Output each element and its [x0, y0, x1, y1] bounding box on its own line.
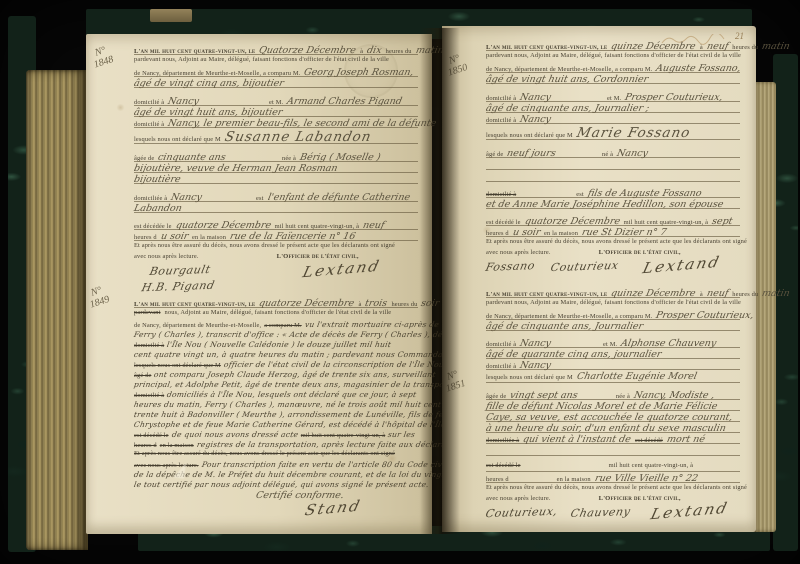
printed-text: domicilié à	[486, 95, 516, 102]
blank-space	[555, 253, 595, 254]
handwritten-text: cent quatre vingt un, à quatre heures du…	[133, 350, 454, 359]
handwritten-text: Nancy	[519, 114, 552, 125]
blank-space	[134, 273, 146, 274]
blank-space	[539, 269, 547, 270]
printed-text: domicilié à	[134, 99, 164, 106]
handwritten-text: rue de la Faïencerie n° 16	[229, 231, 357, 242]
handwritten-text: Prosper Couturieux,	[624, 92, 724, 103]
printed-text: et M.	[603, 341, 617, 348]
handwritten-text: âgé de vingt huit ans, bijoutier	[133, 107, 284, 118]
handwritten-text: Armand Charles Pigand	[286, 96, 403, 107]
handwritten-text: Alphonse Chauveny	[620, 338, 717, 349]
form-line: lesquels nous ont déclaré que MSusanne L…	[134, 129, 418, 145]
handwritten-text: domiciliés à l'Île Nou, lesquels ont déc…	[166, 390, 417, 399]
printed-text: L'Officier de l'état civil,	[599, 249, 681, 256]
form-line: heures den la maisonregistres de la tran…	[134, 440, 418, 450]
form-line	[486, 85, 740, 92]
blank-space	[520, 195, 572, 196]
blank-space	[230, 159, 278, 160]
page-edges-right	[753, 82, 776, 532]
form-line: pardevantnous, Adjoint au Maire, délégué…	[134, 309, 418, 320]
signature: Couturieux,	[484, 505, 559, 520]
printed-text: heures du	[732, 291, 758, 298]
printed-text: mil huit cent quatre-vingt-un, à	[624, 219, 708, 226]
form-line: principal, et Adolphe Petit, âgé de tren…	[134, 380, 418, 390]
blank-space	[134, 512, 302, 513]
printed-text: âgée de	[134, 155, 154, 162]
handwritten-text: soir	[420, 298, 441, 309]
signature: Stand	[303, 497, 363, 520]
form-line: est décédée lequatorze Décembremil huit …	[134, 220, 418, 231]
form-line: Caye, sa veuve, est accouchée le quatorz…	[486, 412, 740, 423]
printed-text: domicilié à	[134, 121, 164, 128]
handwritten-text: l'Île Nou ( Nouvelle Calédonie ) le douz…	[166, 340, 392, 349]
left-page-content: L'an mil huit cent quatre-vingt-un, leQu…	[86, 34, 432, 534]
handwritten-text: sept	[711, 216, 734, 227]
handwritten-text: quinze Décembre	[610, 41, 697, 52]
handwritten-text: l'enfant de défunte Catherine	[266, 192, 410, 203]
blank-space	[134, 289, 138, 290]
death-record-entry-1849: L'an mil huit cent quatre-vingt-un, lequ…	[134, 298, 418, 517]
handwritten-text: Nancy	[519, 92, 552, 103]
signature: Chauveny	[570, 505, 632, 520]
handwritten-text: vingt sept ans	[509, 390, 579, 401]
form-line	[134, 145, 418, 152]
printed-text: à	[700, 291, 703, 298]
form-line: Ferry ( Charles ), transcrit d'office : …	[134, 330, 418, 340]
form-line: âgé deont comparu Joseph Claude Herzog, …	[134, 370, 418, 380]
form-line: heures du soiren la maisonrue de la Faïe…	[134, 231, 418, 242]
form-line: fille de défunt Nicolas Morel et de Mari…	[486, 401, 740, 412]
right-page-content: L'an mil huit cent quatre-vingt-un, lequ…	[442, 26, 756, 532]
form-line: est décédé lede quoi nous avons dressé a…	[134, 430, 418, 440]
form-line: Labandon	[134, 203, 418, 214]
printed-text: Et après nous être assuré du décès, nous…	[486, 484, 747, 491]
printed-text: et M.	[269, 99, 283, 106]
printed-text: née à	[616, 393, 630, 400]
form-line: domiciliée àqui vient à l'instant deest …	[486, 434, 740, 445]
form-line: âgé de vingt huit ans, bijoutier	[134, 107, 418, 118]
signature: Fossano	[484, 259, 536, 274]
page-edges-left	[26, 70, 88, 550]
handwritten-text: u soir	[512, 227, 542, 238]
printed-text: lesquels nous ont déclaré que M	[134, 136, 221, 143]
form-line	[134, 185, 418, 192]
printed-text: Et après nous être assuré du décès, nous…	[486, 238, 747, 245]
form-line: de Nancy, département de Meurthe-et-Mose…	[486, 63, 740, 74]
printed-text: en la maison	[192, 234, 226, 241]
form-line: est décédé lemil huit cent quatre-vingt-…	[486, 462, 740, 473]
handwritten-text: Nancy	[519, 360, 552, 371]
form-line: BourgaultLextand	[134, 264, 418, 280]
form-line: à une heure du soir, d'un enfant du sexe…	[486, 423, 740, 434]
handwritten-text: Nancy, le premier beau-fils, le second a…	[167, 118, 438, 129]
handwritten-text: âgé de vingt huit ans, Cordonnier	[485, 74, 649, 85]
blank-space	[560, 155, 598, 156]
blank-space	[582, 397, 612, 398]
form-line: Et après nous être assuré du décès, nous…	[486, 484, 740, 495]
printed-text: pardevant	[134, 309, 161, 316]
register-scan-photo: N° 1848 N° 1849 L'an mil huit cent quatr…	[0, 0, 800, 564]
book-spine-edge	[150, 9, 192, 22]
handwritten-text: fille de défunt Nicolas Morel et de Mari…	[485, 401, 719, 412]
form-line: L'an mil huit cent quatre-vingt-un, lequ…	[134, 298, 418, 309]
printed-text: avec nous après lecture.	[134, 253, 199, 260]
form-line: cent quatre vingt un, à quatre heures du…	[134, 350, 418, 360]
printed-text: en la maison	[557, 476, 591, 483]
form-line: domicilié àl'Île Nou ( Nouvelle Calédoni…	[134, 340, 418, 350]
form-line: domicilié àNancy	[486, 114, 740, 125]
form-line: pardevant nous, Adjoint au Maire, délégu…	[486, 52, 740, 63]
handwritten-text: officier de l'état civil de la circonscr…	[223, 360, 447, 369]
printed-text: L'an mil huit cent quatre-vingt-un, le	[486, 44, 607, 51]
form-line: bijoutière	[134, 174, 418, 185]
form-line: Certifié conforme.	[134, 490, 418, 503]
handwritten-text: quatorze Décembre	[174, 220, 271, 231]
handwritten-text: rue Ville Vieille n° 22	[594, 473, 699, 484]
printed-text: domicilié à	[486, 191, 516, 198]
printed-text: de Nancy, département de Meurthe-et-Mose…	[134, 70, 300, 77]
handwritten-text: Prosper Couturieux,	[655, 310, 755, 321]
form-line: de Nancy, département de Meurthe-et-Mose…	[134, 320, 418, 330]
handwritten-text: mort né	[666, 434, 706, 445]
printed-text: à	[360, 48, 363, 55]
form-line: lesquels nous ont déclaré que Mofficier …	[134, 360, 418, 370]
printed-text: âgé de	[134, 372, 151, 379]
printed-text: nous, Adjoint au Maire, délégué, faisant…	[165, 309, 392, 316]
handwritten-text: Nancy, Modiste ,	[633, 390, 716, 401]
blank-space	[513, 480, 553, 481]
form-line: FossanoCouturieuxLextand	[486, 260, 740, 278]
handwritten-text: âgé de vingt cinq ans, bijoutier	[133, 78, 285, 89]
form-line: et de Anne Marie Joséphine Hedillon, son…	[486, 199, 740, 210]
handwritten-text: Nancy	[616, 148, 649, 159]
form-line: âgée decinquante ansnée àBérig ( Moselle…	[134, 152, 418, 163]
handwritten-text: dix	[366, 45, 383, 56]
right-page: 21 N° 1850 N° 1851 L'an mil huit cent qu…	[442, 26, 756, 532]
handwritten-text: bijoutière	[133, 174, 182, 185]
printed-text: heures du	[386, 48, 412, 55]
handwritten-text: neuf	[362, 220, 386, 231]
form-line: de Nancy, département de Meurthe-et-Mose…	[134, 67, 418, 78]
printed-text: L'an mil huit cent quatre-vingt-un, le	[486, 291, 607, 298]
printed-text: est décédé le	[486, 219, 521, 226]
form-line	[486, 445, 740, 457]
handwritten-text: Georg Joseph Rosman,	[303, 67, 415, 78]
handwritten-text: fils de Auguste Fossano	[587, 188, 703, 199]
handwritten-text: Nancy	[170, 192, 203, 203]
printed-text: heures d	[134, 234, 157, 241]
blank-space	[525, 466, 605, 467]
form-line: heures den la maisonrue Ville Vieille n°…	[486, 473, 740, 484]
blank-space	[555, 99, 603, 100]
printed-text: L'an mil huit cent quatre-vingt-un, le	[134, 301, 255, 308]
printed-text: lesquels nous ont déclaré que M	[486, 132, 573, 139]
handwritten-text: Caye, sa veuve, est accouchée le quatorz…	[485, 412, 734, 423]
left-page: N° 1848 N° 1849 L'an mil huit cent quatr…	[86, 34, 432, 534]
printed-text: Et après nous être assuré du décès, nous…	[134, 450, 395, 457]
printed-text: domicilié à	[134, 392, 164, 399]
handwritten-text: ont comparu Joseph Claude Herzog, âgé de…	[154, 370, 437, 379]
handwritten-text: matin	[761, 288, 791, 299]
form-line: heures du soiren la maisonrue St Dizier …	[486, 227, 740, 238]
death-record-entry-1851: L'an mil huit cent quatre-vingt-un, lequ…	[486, 288, 740, 524]
printed-text: est décédé	[635, 437, 663, 444]
printed-text: à	[700, 44, 703, 51]
printed-text: domicilié à	[486, 341, 516, 348]
printed-text: heures d	[486, 476, 509, 483]
signature: Couturieux	[549, 259, 620, 274]
handwritten-text: Ferry ( Charles ), transcrit d'office : …	[133, 330, 470, 339]
printed-text: est décédée le	[134, 223, 172, 230]
printed-text: domicilié à	[486, 363, 516, 370]
printed-text: heures du	[391, 301, 417, 308]
form-line: de Nancy, département de Meurthe-et-Mose…	[486, 310, 740, 321]
printed-text: est décédé le	[134, 432, 169, 439]
form-line: H.B. Pigand	[134, 280, 418, 293]
handwritten-text: rue St Dizier n° 7	[581, 227, 668, 238]
form-line: Et après nous être assuré du décès, nous…	[134, 450, 418, 460]
printed-text: mil huit cent quatre-vingt-un, à	[609, 462, 693, 469]
death-record-entry-1850: L'an mil huit cent quatre-vingt-un, lequ…	[486, 41, 740, 278]
form-line	[486, 141, 740, 148]
handwritten-text: matin	[415, 45, 445, 56]
book-cover-right	[773, 54, 798, 551]
form-line: domicilié àdomiciliés à l'Île Nou, lesqu…	[134, 390, 418, 400]
handwritten-text: Chrystophe et de feue Marie Catherine Gé…	[133, 420, 471, 429]
blank-space	[555, 345, 599, 346]
form-line: âgé de cinquante ans, Journalier	[486, 321, 740, 332]
handwritten-text: neuf	[706, 288, 730, 299]
handwritten-text: et de Anne Marie Joséphine Hedillon, son…	[485, 199, 725, 210]
handwritten-text: Charlotte Eugénie Morel	[576, 371, 698, 382]
printed-text: âgé de	[486, 151, 503, 158]
form-line: trente huit à Badonviller ( Meurthe ), a…	[134, 410, 418, 420]
printed-text: a comparu M.	[264, 322, 301, 329]
form-line: âgée devingt sept ansnée àNancy, Modiste…	[486, 390, 740, 401]
form-line: âgé deneuf joursné àNancy	[486, 148, 740, 159]
form-line: domicilié àNancyet M.Armand Charles Piga…	[134, 96, 418, 107]
blank-space	[634, 515, 648, 516]
printed-text: Et après nous être assuré du décès, nous…	[134, 242, 395, 249]
form-line: Et après nous être assuré du décès, nous…	[134, 242, 418, 253]
blank-space	[203, 257, 273, 258]
handwritten-text: Bérig ( Moselle )	[299, 152, 382, 163]
handwritten-text: sur les	[387, 430, 416, 439]
blank-space	[561, 515, 567, 516]
handwritten-text: à une heure du soir, d'un enfant du sexe…	[485, 423, 727, 434]
form-line: domicilié àNancy	[486, 360, 740, 371]
form-line: est décédé lequatorze Décembremil huit c…	[486, 216, 740, 227]
form-line: âgé de vingt huit ans, Cordonnier	[486, 74, 740, 85]
printed-text: à	[358, 301, 361, 308]
form-line: domiciliée àNancyestl'enfant de défunte …	[134, 192, 418, 203]
printed-text: de Nancy, département de Meurthe-et-Mose…	[486, 66, 652, 73]
handwritten-text: bijoutière, veuve de Herman Jean Rosman	[133, 163, 339, 174]
form-line	[486, 159, 740, 171]
printed-text: né à	[602, 151, 613, 158]
form-line: heures du matin, Ferry ( Charles ), manœ…	[134, 400, 418, 410]
blank-space	[214, 273, 300, 274]
printed-text: domiciliée à	[134, 195, 167, 202]
handwritten-text: registres de la transportation, après le…	[196, 440, 469, 449]
printed-text: L'an mil huit cent quatre-vingt-un, le	[134, 48, 255, 55]
handwritten-text: trois	[364, 298, 388, 309]
printed-text: mil huit cent quatre-vingt-un, à	[275, 223, 359, 230]
handwritten-text: âgé de cinquante ans, Journalier ;	[485, 103, 650, 114]
handwritten-text: quatorze Décembre	[523, 216, 620, 227]
signature: Bourgault	[148, 263, 211, 278]
handwritten-text: Susanne Labandon	[223, 129, 373, 145]
form-line: âgé de quarante cinq ans, journalier	[486, 349, 740, 360]
printed-text: pardevant nous, Adjoint au Maire, délégu…	[134, 56, 389, 63]
printed-text: mil huit cent quatre-vingt-un, à	[301, 432, 385, 439]
form-line: bijoutière, veuve de Herman Jean Rosman	[134, 163, 418, 174]
handwritten-text: Nancy	[519, 338, 552, 349]
printed-text: heures d	[134, 442, 157, 449]
handwritten-text: qui vient à l'instant de	[522, 434, 632, 445]
handwritten-text: âgé de cinquante ans, Journalier	[485, 321, 644, 332]
printed-text: heures du	[732, 44, 758, 51]
form-line: lesquels nous ont déclaré que MCharlotte…	[486, 371, 740, 384]
form-line: le tout certifié par nous adjoint délégu…	[134, 480, 418, 490]
printed-text: lesquels nous ont déclaré que M	[134, 362, 221, 369]
printed-text: avec nous après lecture.	[486, 495, 551, 502]
printed-text: pardevant nous, Adjoint au Maire, délégu…	[486, 299, 741, 306]
handwritten-text: Auguste Fossano,	[655, 63, 742, 74]
printed-text: de Nancy, département de Meurthe-et-Mose…	[486, 313, 652, 320]
form-line: L'an mil huit cent quatre-vingt-un, lequ…	[486, 288, 740, 299]
form-line: domicilié àNancyet M.Alphonse Chauveny	[486, 338, 740, 349]
printed-text: est	[256, 195, 264, 202]
form-line: Chrystophe et de feue Marie Catherine Gé…	[134, 420, 418, 430]
blank-space	[622, 269, 640, 270]
blank-space	[203, 103, 265, 104]
signature: H.B. Pigand	[140, 279, 216, 295]
form-line: lesquels nous ont déclaré que MMarie Fos…	[486, 125, 740, 141]
printed-text: âgée de	[486, 393, 506, 400]
form-line	[486, 171, 740, 183]
handwritten-text: Nancy	[167, 96, 200, 107]
handwritten-text: quinze Décembre	[610, 288, 697, 299]
form-line	[134, 89, 418, 96]
form-line: L'an mil huit cent quatre-vingt-un, lequ…	[486, 41, 740, 52]
printed-text: avec nous après lecture.	[134, 462, 199, 469]
form-line: Stand	[134, 503, 418, 517]
blank-space	[555, 499, 595, 500]
printed-text: domiciliée à	[486, 437, 519, 444]
form-line: Et après nous être assuré du décès, nous…	[486, 238, 740, 249]
blank-space	[134, 497, 252, 498]
handwritten-text: neuf jours	[506, 148, 557, 159]
printed-text: en la maison	[544, 230, 578, 237]
form-line: Couturieux,ChauvenyLextand	[486, 506, 740, 524]
printed-text: heures d	[486, 230, 509, 237]
form-line: domicilié àNancy, le premier beau-fils, …	[134, 118, 418, 129]
handwritten-text: Pour transcription faite en vertu de l'a…	[201, 460, 451, 469]
printed-text: en la maison	[160, 442, 194, 449]
handwritten-text: âgé de quarante cinq ans, journalier	[485, 349, 663, 360]
blank-space	[206, 199, 252, 200]
handwritten-text: neuf	[706, 41, 730, 52]
handwritten-text: Quatorze Décembre	[258, 45, 357, 56]
printed-text: est	[576, 191, 584, 198]
printed-text: domicilié à	[486, 117, 516, 124]
form-line: âgé de vingt cinq ans, bijoutier	[134, 78, 418, 89]
printed-text: est décédé le	[486, 462, 521, 469]
printed-text: avec nous après lecture.	[486, 249, 551, 256]
handwritten-text: cinquante ans	[157, 152, 227, 163]
printed-text: domicilié à	[134, 342, 164, 349]
form-line: pardevant nous, Adjoint au Maire, délégu…	[486, 299, 740, 310]
form-line: domicilié àNancyet M.Prosper Couturieux,	[486, 92, 740, 103]
form-line: L'an mil huit cent quatre-vingt-un, leQu…	[134, 45, 418, 56]
printed-text: pardevant nous, Adjoint au Maire, délégu…	[486, 52, 741, 59]
handwritten-text: de quoi nous avons dressé acte	[171, 430, 299, 439]
handwritten-text: le tout certifié par nous adjoint délégu…	[133, 480, 429, 489]
form-line: pardevant nous, Adjoint au Maire, délégu…	[134, 56, 418, 67]
form-line: âgé de cinquante ans, Journalier ;	[486, 103, 740, 114]
printed-text: lesquels nous ont déclaré que M	[486, 374, 573, 381]
printed-text: née à	[282, 155, 296, 162]
handwritten-text: trente huit à Badonviller ( Meurthe ), a…	[133, 410, 449, 419]
printed-text: de Nancy, département de Meurthe-et-Mose…	[134, 322, 261, 329]
handwritten-text: Labandon	[133, 203, 183, 214]
handwritten-text: principal, et Adolphe Petit, âgé de tren…	[133, 380, 475, 389]
handwritten-text: quatorze Décembre	[258, 298, 355, 309]
handwritten-text: vu l'extrait mortuaire ci-après de	[304, 320, 440, 329]
printed-text: L'Officier de l'état civil,	[599, 495, 681, 502]
handwritten-text: matin	[761, 41, 791, 52]
handwritten-text: heures du matin, Ferry ( Charles ), manœ…	[133, 400, 442, 409]
form-line: domicilié àestfils de Auguste Fossano	[486, 188, 740, 199]
handwritten-text: Marie Fossano	[575, 125, 692, 141]
handwritten-text: u soir	[160, 231, 190, 242]
printed-text: et M.	[607, 95, 621, 102]
death-record-entry-1848: L'an mil huit cent quatre-vingt-un, leQu…	[134, 45, 418, 293]
